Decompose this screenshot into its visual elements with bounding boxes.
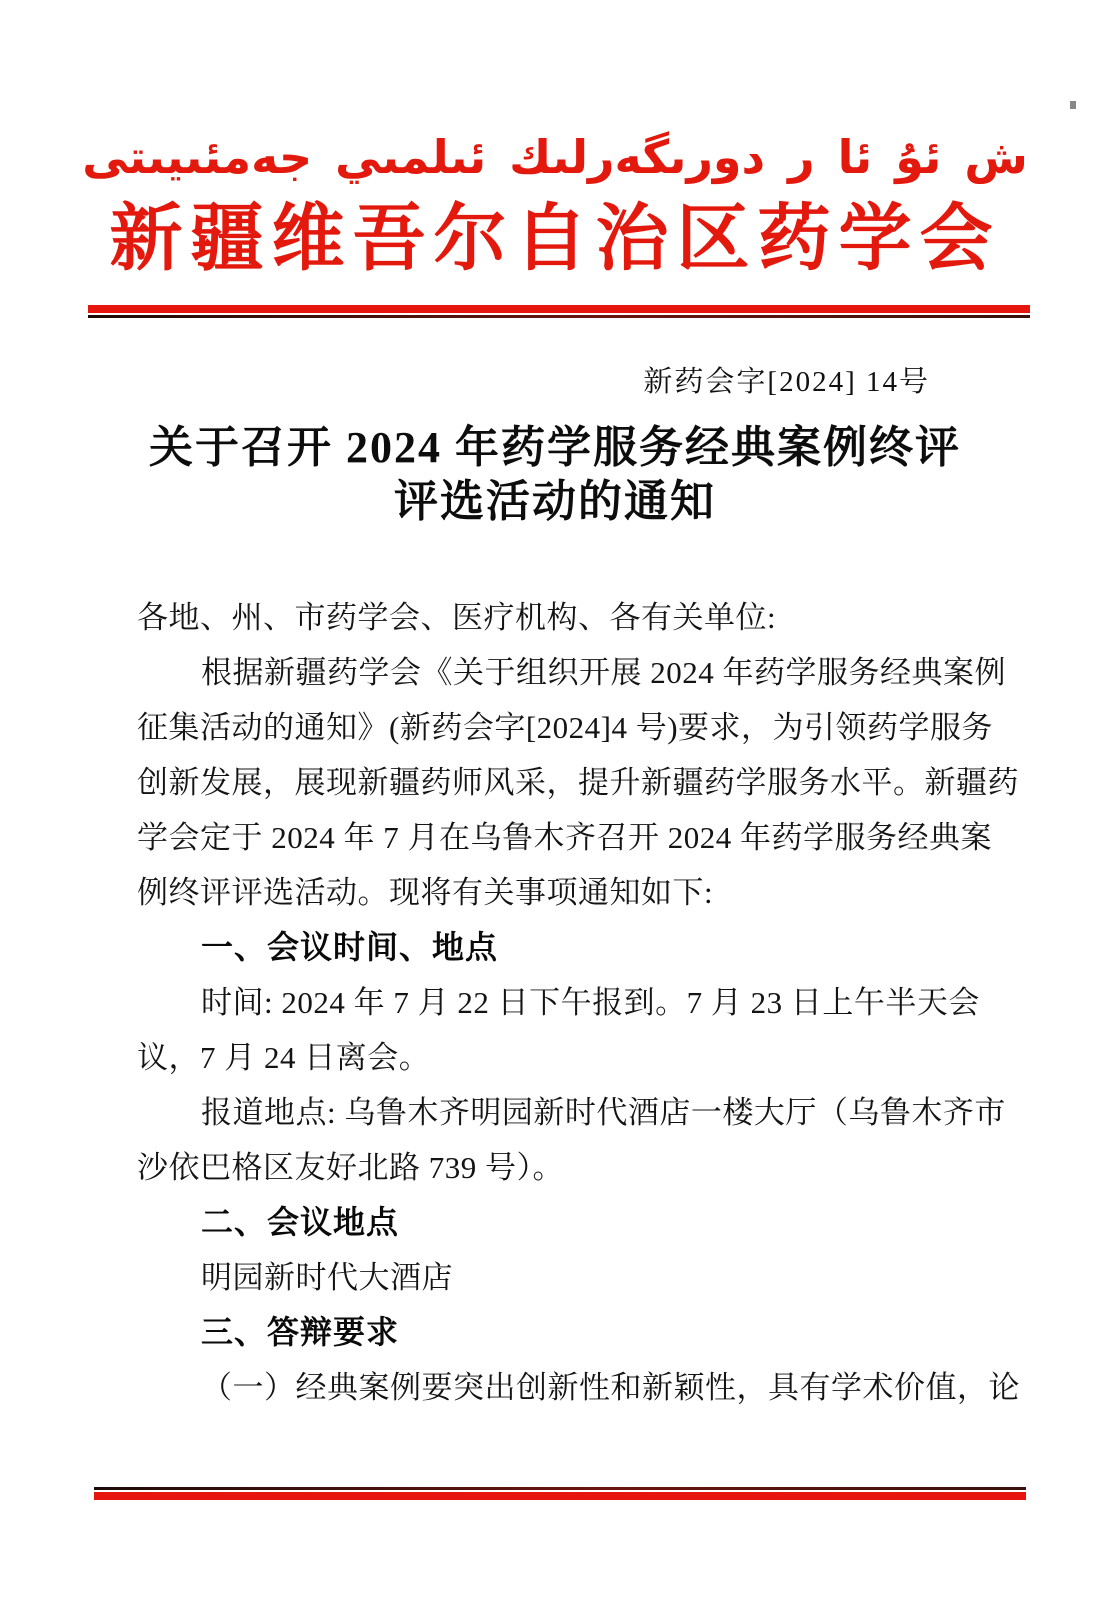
official-notice-page: ش ئۇ ئا ر دورىگەرلىك ئىلمىي جەمئىيىتى 新疆…: [0, 0, 1110, 1600]
body-text-line: 例终评评选活动。现将有关事项通知如下:: [137, 865, 972, 920]
letterhead-separator-rule: [88, 305, 1030, 318]
body-text-line: 征集活动的通知》(新药会字[2024]4 号)要求，为引领药学服务: [137, 700, 972, 755]
footer-separator-rule: [94, 1487, 1026, 1500]
section-heading-line: 三、答辩要求: [137, 1305, 972, 1360]
separator-thick-red-line: [88, 305, 1030, 313]
body-text-line: 明园新时代大酒店: [137, 1250, 972, 1305]
document-title-line1: 关于召开 2024 年药学服务经典案例终评: [0, 421, 1110, 475]
scan-artifact-speck: [1070, 101, 1076, 109]
footer-thick-red-line: [94, 1492, 1026, 1500]
body-text-line: 创新发展，展现新疆药师风采，提升新疆药学服务水平。新疆药: [137, 755, 972, 810]
body-text-line: 学会定于 2024 年 7 月在乌鲁木齐召开 2024 年药学服务经典案: [137, 810, 972, 865]
document-title-line2: 评选活动的通知: [0, 475, 1110, 529]
separator-thin-dark-line: [88, 315, 1030, 318]
document-body: 各地、州、市药学会、医疗机构、各有关单位:根据新疆药学会《关于组织开展 2024…: [137, 590, 972, 1415]
document-number: 新药会字[2024] 14号: [643, 362, 930, 402]
section-heading-line: 二、会议地点: [137, 1195, 972, 1250]
document-title: 关于召开 2024 年药学服务经典案例终评 评选活动的通知: [0, 421, 1110, 529]
body-text-line: （一）经典案例要突出创新性和新颖性，具有学术价值，论: [137, 1360, 972, 1415]
body-text-line: 时间: 2024 年 7 月 22 日下午报到。7 月 23 日上午半天会: [137, 975, 972, 1030]
body-text-line: 根据新疆药学会《关于组织开展 2024 年药学服务经典案例: [137, 645, 972, 700]
body-text-line: 报道地点: 乌鲁木齐明园新时代酒店一楼大厅（乌鲁木齐市: [137, 1085, 972, 1140]
body-text-line: 议，7 月 24 日离会。: [137, 1030, 972, 1085]
letterhead-organization-title: 新疆维吾尔自治区药学会: [0, 194, 1110, 284]
letterhead-uyghur-title: ش ئۇ ئا ر دورىگەرلىك ئىلمىي جەمئىيىتى: [0, 118, 1110, 196]
section-heading-line: 一、会议时间、地点: [137, 920, 972, 975]
body-text-line: 沙依巴格区友好北路 739 号）。: [137, 1140, 972, 1195]
body-text-line: 各地、州、市药学会、医疗机构、各有关单位:: [137, 590, 972, 645]
